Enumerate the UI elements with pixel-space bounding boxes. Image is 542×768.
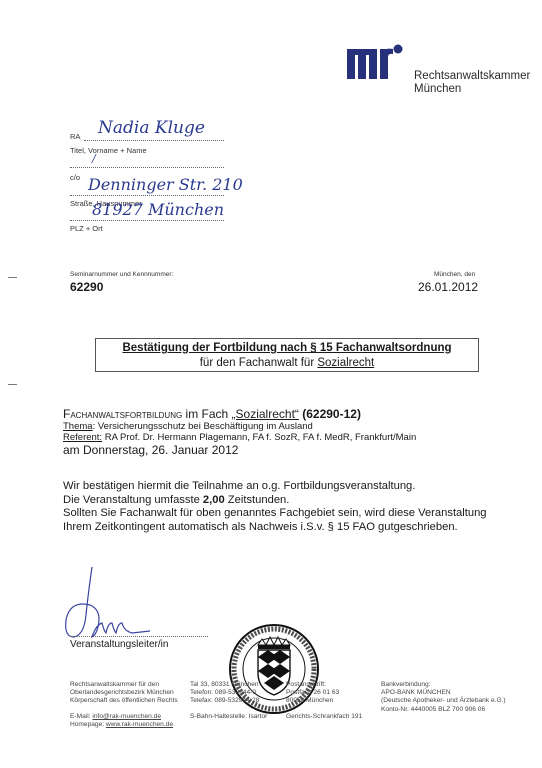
footer-bank-line: Bankverbindung: [381,681,506,689]
homepage-label: Homepage: [70,721,106,728]
street-handwritten: Denninger Str. 210 [88,175,243,194]
co-label: c/o [70,173,80,182]
footer-homepage-row: Homepage: www.rak-muenchen.de [70,721,178,729]
org-name-line2: München [414,83,530,96]
organization-name: Rechtsanwaltskammer München [414,70,530,96]
document-date: 26.01.2012 [418,280,478,294]
ra-prefix: RA [70,132,80,141]
confirmation-text: Wir bestätigen hiermit die Teilnahme an … [63,480,533,534]
seminar-number: 62290 [70,280,103,294]
footer-sbahn: S-Bahn-Haltestelle: Isartor [190,713,267,721]
footer-org-line: Oberlandesgerichtsbezirk München [70,689,178,697]
footer-postal: Postanschrift: Postfach 26 01 63 80058 M… [286,681,362,721]
footer-postal-line: 80058 München [286,697,362,705]
document-title: Bestätigung der Fortbildung nach § 15 Fa… [96,341,478,356]
footer-schrankfach: Gerichts-Schrankfach 191 [286,713,362,721]
course-info: Fachanwaltsfortbildung im Fach „Sozialre… [63,407,533,457]
footer-address: Tal 33, 80331 München Telefon: 089-53294… [190,681,267,721]
city-handwritten: 81927 München [92,200,224,219]
footer-address-line: Tal 33, 80331 München [190,681,267,689]
footer-bank: Bankverbindung: APO-BANK MÜNCHEN (Deutsc… [381,681,506,714]
hours-suffix: Zeitstunden. [225,494,290,506]
title-line [70,167,224,168]
street-line [70,195,224,196]
course-subject: „Sozialrecht“ [232,407,299,421]
body-line-1: Wir bestätigen hiermit die Teilnahme an … [63,480,533,494]
fold-mark [8,384,17,385]
course-heading: Fachanwaltsfortbildung im Fach „Sozialre… [63,407,533,421]
footer-bank-account: Konto-Nr. 4440005 BLZ 700 906 06 [381,706,506,714]
hours-value: 2,00 [203,494,225,506]
subtitle-prefix: für den Fachanwalt für [200,357,318,369]
footer-org-line: Körperschaft des öffentlichen Rechts [70,697,178,705]
document-subtitle: für den Fachanwalt für Sozialrecht [96,356,478,371]
course-speaker: Referent: RA Prof. Dr. Hermann Plagemann… [63,432,533,443]
rak-logo-mr-icon [347,43,409,79]
footer-bank-line: (Deutsche Apotheker- und Ärztebank e.G.) [381,697,506,705]
footer-postal-line: Postanschrift: [286,681,362,689]
footer-fax: Telefax: 089-532944-28 [190,697,267,705]
hours-prefix: Die Veranstaltung umfasste [63,494,203,506]
speaker-label: Referent: [63,432,102,443]
seminar-number-label: Seminarnummer und Kennnummer: [70,271,173,278]
date-label: München, den [434,271,475,278]
signature-line [70,636,208,637]
topic-label: Thema [63,421,93,432]
email-link[interactable]: info@rak-muenchen.de [92,713,161,720]
course-topic: Thema: Versicherungsschutz bei Beschäfti… [63,421,533,432]
signature-label: Veranstaltungsleiter/in [70,639,168,650]
body-line-2: Die Veranstaltung umfasste 2,00 Zeitstun… [63,494,533,508]
title-handwritten: / [92,152,96,165]
city-label: PLZ + Ort [70,224,103,233]
footer-email-row: E-Mail: info@rak-muenchen.de [70,713,178,721]
footer-org-line: Rechtsanwaltskammer für den [70,681,178,689]
course-prefix: Fachanwaltsfortbildung [63,407,182,421]
footer-postal-line: Postfach 26 01 63 [286,689,362,697]
speaker-value: RA Prof. Dr. Hermann Plagemann, FA f. So… [102,432,416,443]
recipient-name-handwritten: Nadia Kluge [98,118,205,138]
subtitle-subject: Sozialrecht [317,357,374,369]
course-date: am Donnerstag, 26. Januar 2012 [63,443,533,457]
fold-mark [8,277,17,278]
course-code: (62290-12) [299,407,361,421]
topic-value: : Versicherungsschutz bei Beschäftigung … [93,421,313,432]
body-line-4: Ihrem Zeitkontingent automatisch als Nac… [63,521,533,535]
name-label: Titel, Vorname + Name [70,146,147,155]
footer-org: Rechtsanwaltskammer für den Oberlandesge… [70,681,178,729]
title-box: Bestätigung der Fortbildung nach § 15 Fa… [95,338,479,372]
name-line [84,140,224,141]
homepage-link[interactable]: www.rak-muenchen.de [106,721,173,728]
footer-phone: Telefon: 089-532944-0 [190,689,267,697]
org-name-line1: Rechtsanwaltskammer [414,70,530,83]
city-line [70,220,224,221]
body-line-3: Sollten Sie Fachanwalt für oben genannte… [63,507,533,521]
course-im-fach: im Fach [182,407,231,421]
email-label: E-Mail: [70,713,92,720]
handwritten-signature-icon [62,565,152,650]
